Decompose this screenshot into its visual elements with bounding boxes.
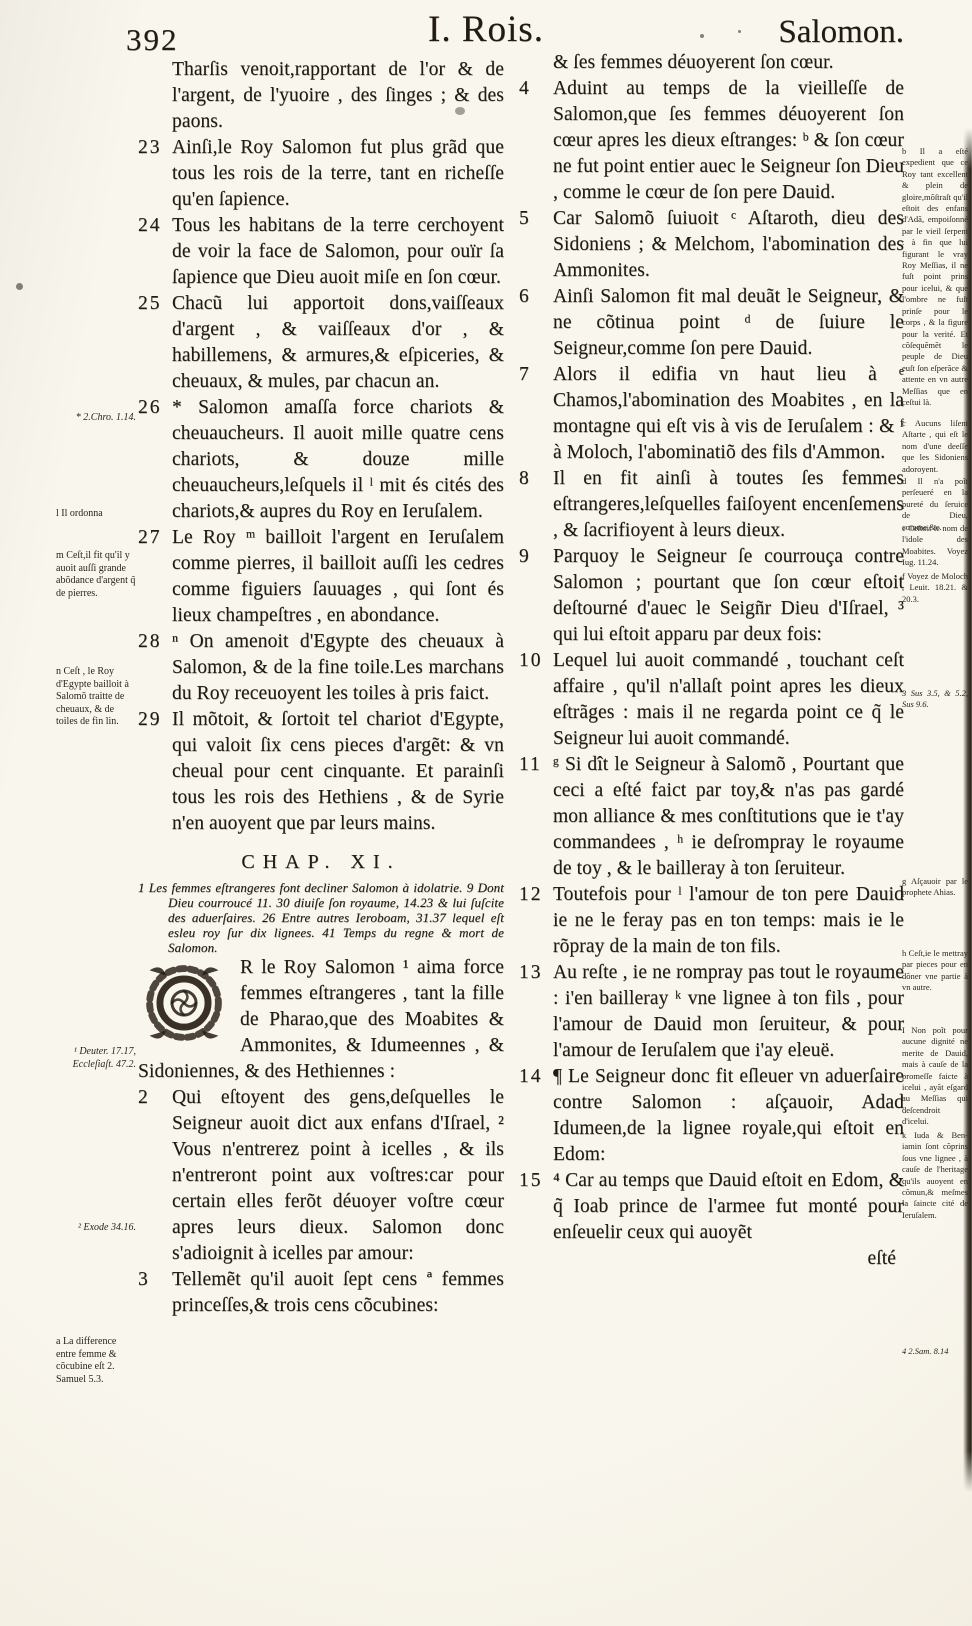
verse-paragraph: R le Roy Salomon ¹ aima force femmes eſt…: [138, 955, 504, 1085]
verse-number: 27: [138, 525, 172, 551]
verse-paragraph: & ſes femmes déuoyerent ſon cœur.: [519, 50, 904, 76]
margin-note: 4 2.Sam. 8.14: [902, 1346, 968, 1357]
verse-text: Aduint au temps de la vieilleſſe de Salo…: [553, 78, 904, 203]
verse-text: Il mõtoit, & ſortoit tel chariot d'Egypt…: [172, 709, 504, 834]
verse-text: Car Salomõ ſuiuoit ᶜ Aſtaroth, dieu des …: [553, 208, 904, 281]
verse-number: 4: [519, 76, 553, 102]
margin-note: l Il ordonna: [56, 508, 136, 521]
ink-speck: [738, 30, 741, 33]
verse-number: 11: [519, 752, 553, 778]
verse-paragraph: 27Le Roy ᵐ bailloit l'argent en Ieruſale…: [138, 525, 504, 629]
verse-number: 7: [519, 362, 553, 388]
verse-paragraph: 24Tous les habitans de la terre cerchoye…: [138, 213, 504, 291]
catchword: eſté: [519, 1246, 904, 1272]
margin-note: h Ceſt,ie le mettray par pieces pour en …: [902, 948, 968, 994]
chapter-heading: CHAP. XI.: [138, 849, 504, 875]
right-text-column: & ſes femmes déuoyerent ſon cœur. 4Aduin…: [519, 50, 904, 1272]
ink-speck: [16, 283, 23, 290]
left-text-column: Tharſis venoit,rapportant de l'or & de l…: [138, 57, 504, 1319]
verse-number: 3: [138, 1267, 172, 1293]
margin-note: c Aucuns liſent Aſtarte , qui eſt le nom…: [902, 418, 968, 475]
verse-text: Tous les habitans de la terre cerchoyent…: [172, 215, 504, 288]
verse-paragraph: 6Ainſi Salomon fit mal deuãt le Seigneur…: [519, 284, 904, 362]
verse-number: 6: [519, 284, 553, 310]
margin-note: m Ceſt,il fit qu'il y auoit auſſi grande…: [56, 550, 136, 600]
verse-paragraph: 13Au reſte , ie ne rompray pas tout le r…: [519, 960, 904, 1064]
verse-text: ¶ Le Seigneur donc fit eſleuer vn aduerſ…: [553, 1066, 904, 1165]
verse-paragraph: 23Ainſi,le Roy Salomon fut plus grãd que…: [138, 135, 504, 213]
verse-text: Lequel lui auoit commandé , touchant ceſ…: [553, 650, 904, 749]
verse-number: 24: [138, 213, 172, 239]
margin-note: ¹ Deuter. 17.17, Eccleſiaſt. 47.2.: [56, 1046, 136, 1071]
verse-paragraph: Tharſis venoit,rapportant de l'or & de l…: [138, 57, 504, 135]
verse-number: 25: [138, 291, 172, 317]
verse-text: Toutefois pour ˡ l'amour de ton pere Dau…: [553, 884, 904, 957]
margin-note: k Iuda & Ben-iamin ſont cõprins ſous vne…: [902, 1130, 968, 1221]
verse-text: ᵍ Si dît le Seigneur à Salomõ , Pourtant…: [553, 754, 904, 879]
verse-text: * Salomon amaſſa force chariots & cheuau…: [172, 397, 504, 522]
verse-text: Il en fit ainſi à toutes ſes femmes eſtr…: [553, 468, 904, 541]
verse-text: ⁴ Car au temps que Dauid eſtoit en Edom,…: [553, 1170, 904, 1243]
verse-paragraph: 7Alors il edifia vn haut lieu à ᵉ Chamos…: [519, 362, 904, 466]
verse-number: 10: [519, 648, 553, 674]
ornamental-initial-icon: [138, 960, 230, 1046]
verse-number: 14: [519, 1064, 553, 1090]
margin-note: g Aſçauoir par le prophete Ahias.: [902, 876, 968, 899]
verse-paragraph: 2Qui eſtoyent des gens,deſquelles le Sei…: [138, 1085, 504, 1267]
verse-number: 13: [519, 960, 553, 986]
verse-text: ⁿ On amenoit d'Egypte des cheuaux à Salo…: [172, 631, 504, 704]
verse-paragraph: 4Aduint au temps de la vieilleſſe de Sal…: [519, 76, 904, 206]
margin-note: ² Exode 34.16.: [56, 1222, 136, 1235]
verse-text: Parquoy le Seigneur ſe courrouça contre …: [553, 546, 904, 645]
verse-paragraph: 26* Salomon amaſſa force chariots & cheu…: [138, 395, 504, 525]
verse-text: Qui eſtoyent des gens,deſquelles le Seig…: [172, 1087, 504, 1264]
verse-number: 2: [138, 1085, 172, 1111]
verse-paragraph: 9Parquoy le Seigneur ſe courrouça contre…: [519, 544, 904, 648]
verse-text: Le Roy ᵐ bailloit l'argent en Ieruſalem …: [172, 527, 504, 626]
verse-paragraph: 5Car Salomõ ſuiuoit ᶜ Aſtaroth, dieu des…: [519, 206, 904, 284]
verse-text: Ainſi Salomon fit mal deuãt le Seigneur,…: [553, 286, 904, 359]
verse-paragraph: 29Il mõtoit, & ſortoit tel chariot d'Egy…: [138, 707, 504, 837]
verse-number: 23: [138, 135, 172, 161]
verse-paragraph: 28ⁿ On amenoit d'Egypte des cheuaux à Sa…: [138, 629, 504, 707]
verse-paragraph: 14¶ Le Seigneur donc fit eſleuer vn adue…: [519, 1064, 904, 1168]
margin-note: e Ceſtoit le nom de l'idole des Moabites…: [902, 523, 968, 569]
margin-note: I Non poĩt pour aucune dignité ne merite…: [902, 1025, 968, 1128]
verse-paragraph: 11ᵍ Si dît le Seigneur à Salomõ , Pourta…: [519, 752, 904, 882]
margin-note: n Ceſt , le Roy d'Egypte bailloit à Salo…: [56, 666, 136, 729]
verse-number: 26: [138, 395, 172, 421]
scanned-bible-page: 392 I. Rois. Salomon. * 2.Chro. 1.14. l …: [0, 0, 972, 1626]
running-head-section: Salomon.: [778, 14, 904, 51]
verse-paragraph: 10Lequel lui auoit commandé , touchant c…: [519, 648, 904, 752]
margin-note: 3 Sus 3.5, & 5.2, Sus 9.6.: [902, 688, 968, 711]
verse-number: 9: [519, 544, 553, 570]
verse-number: 8: [519, 466, 553, 492]
chapter-argument: 1 Les femmes eſtrangeres font decliner S…: [138, 880, 504, 955]
verse-paragraph: 15⁴ Car au temps que Dauid eſtoit en Edo…: [519, 1168, 904, 1246]
ink-speck: [700, 34, 704, 38]
verse-text: Alors il edifia vn haut lieu à ᵉ Chamos,…: [553, 364, 904, 463]
verse-paragraph: 12Toutefois pour ˡ l'amour de ton pere D…: [519, 882, 904, 960]
verse-number: 28: [138, 629, 172, 655]
verse-number: 15: [519, 1168, 553, 1194]
verse-number: 5: [519, 206, 553, 232]
verse-number: 29: [138, 707, 172, 733]
verse-text: Ainſi,le Roy Salomon fut plus grãd que t…: [172, 137, 504, 210]
verse-text: Au reſte , ie ne rompray pas tout le roy…: [553, 962, 904, 1061]
margin-note: a La difference entre femme & cõcubine e…: [56, 1336, 136, 1386]
margin-note: b Il a eſté expedient que ce Roy tant ex…: [902, 146, 968, 408]
verse-paragraph: 8Il en fit ainſi à toutes ſes femmes eſt…: [519, 466, 904, 544]
margin-note: f Voyez de Moloch , Leuit. 18.21. & 20.3…: [902, 571, 968, 605]
verse-text: Chacũ lui apportoit dons,vaiſſeaux d'arg…: [172, 293, 504, 392]
verse-paragraph: 25Chacũ lui apportoit dons,vaiſſeaux d'a…: [138, 291, 504, 395]
margin-note: * 2.Chro. 1.14.: [56, 412, 136, 425]
verse-paragraph: 3Tellemẽt qu'il auoit ſept cens ª femmes…: [138, 1267, 504, 1319]
verse-number: 12: [519, 882, 553, 908]
ink-speck: [455, 107, 465, 115]
verse-text: Tellemẽt qu'il auoit ſept cens ª femmes …: [172, 1269, 504, 1316]
page-edge-shadow: [963, 128, 972, 1492]
